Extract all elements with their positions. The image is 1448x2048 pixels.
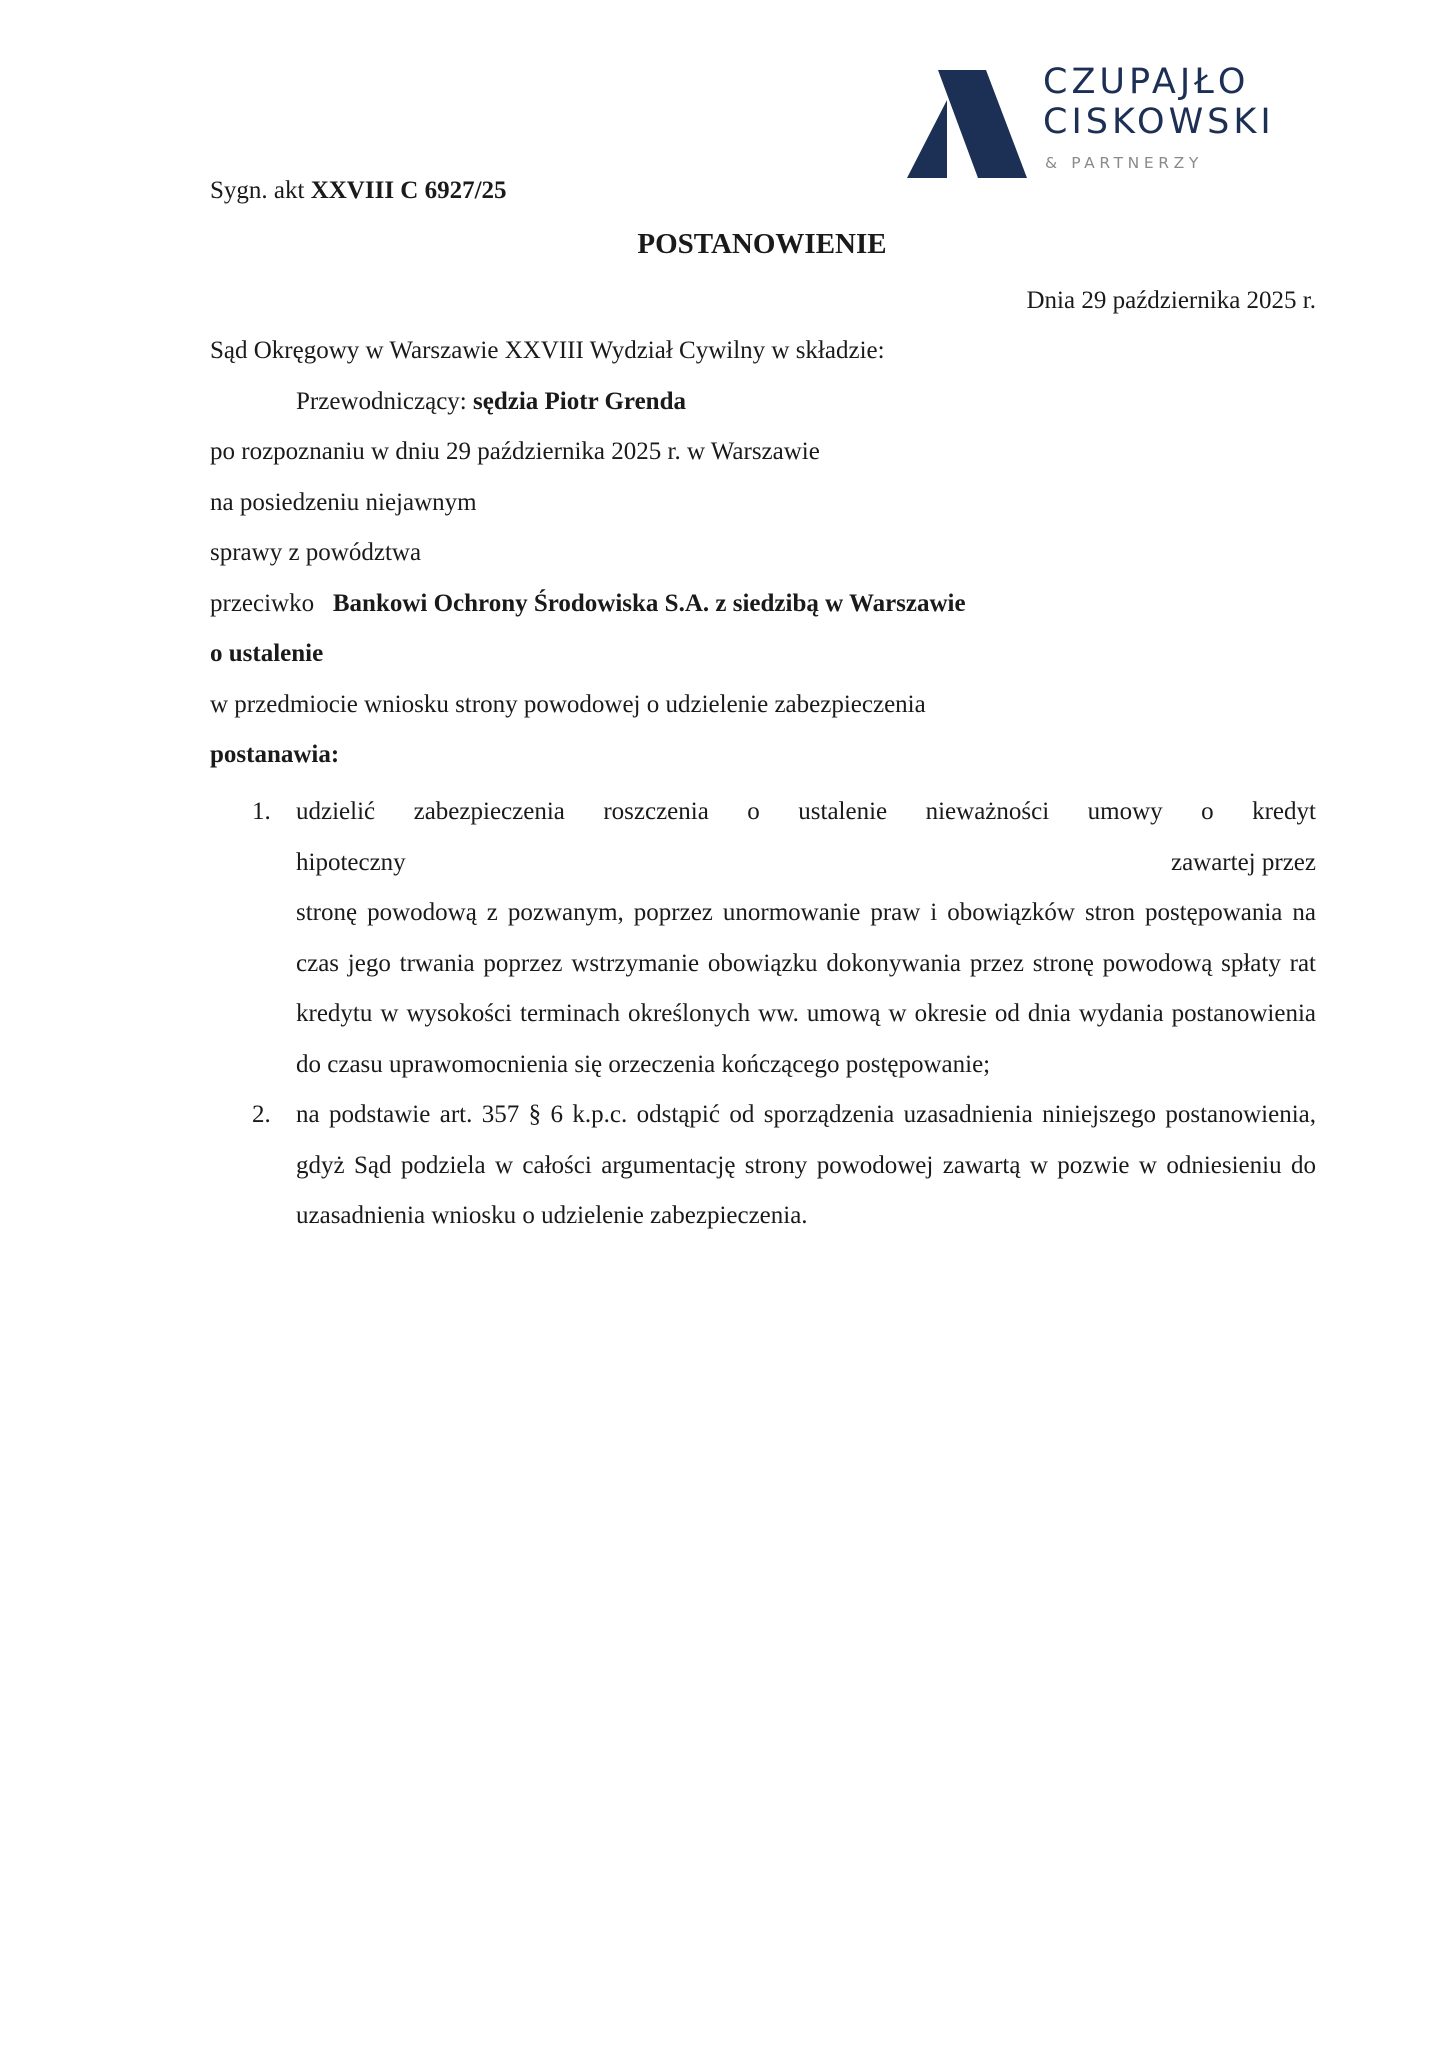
item-number: 1. xyxy=(252,787,271,838)
word: kredyt xyxy=(1252,787,1316,838)
item-second-left: hipoteczny xyxy=(296,838,406,889)
chair-label: Przewodniczący: xyxy=(296,388,467,415)
motion-subject: w przedmiocie wniosku strony powodowej o… xyxy=(210,690,926,720)
session-type: na posiedzeniu niejawnym xyxy=(210,488,477,518)
word: udzielić xyxy=(296,787,375,838)
item-number: 2. xyxy=(252,1090,271,1141)
word: o xyxy=(1201,787,1214,838)
logo-line-2: CISKOWSKI xyxy=(1043,102,1275,142)
item-first-line: udzielićzabezpieczeniaroszczeniaoustalen… xyxy=(296,787,1316,838)
word: nieważności xyxy=(926,787,1050,838)
word: umowy xyxy=(1088,787,1163,838)
decides-heading: postanawia: xyxy=(210,740,339,770)
item-text: stronę powodową z pozwanym, poprzez unor… xyxy=(296,888,1316,1090)
word: o xyxy=(747,787,760,838)
against-label: przeciwko xyxy=(210,590,314,617)
logo-subtitle: & PARTNERZY xyxy=(1045,154,1203,172)
decision-list: 1. udzielićzabezpieczeniaroszczeniaousta… xyxy=(252,787,1316,1242)
case-signature: Sygn. akt XXVIII C 6927/25 xyxy=(210,176,507,206)
decision-item: 2. na podstawie art. 357 § 6 k.p.c. odst… xyxy=(252,1090,1316,1242)
word: ustalenie xyxy=(798,787,887,838)
document-title: POSTANOWIENIE xyxy=(0,229,1448,259)
law-firm-logo: CZUPAJŁO CISKOWSKI & PARTNERZY xyxy=(905,68,1325,180)
word: zabezpieczenia xyxy=(414,787,565,838)
item-second-line: hipoteczny zawartej przez xyxy=(296,838,1316,889)
case-of-claim: sprawy z powództwa xyxy=(210,538,421,568)
decision-item: 1. udzielićzabezpieczeniaroszczeniaousta… xyxy=(252,787,1316,1090)
defendant-line: przeciwko Bankowi Ochrony Środowiska S.A… xyxy=(210,589,966,619)
chair-name: sędzia Piotr Grenda xyxy=(473,388,686,415)
logo-line-1: CZUPAJŁO xyxy=(1043,62,1275,102)
court-composition: Sąd Okręgowy w Warszawie XXVIII Wydział … xyxy=(210,336,885,366)
item-second-right: zawartej przez xyxy=(1171,838,1316,889)
logo-name: CZUPAJŁO CISKOWSKI xyxy=(1043,62,1275,142)
hearing-info: po rozpoznaniu w dniu 29 października 20… xyxy=(210,437,820,467)
case-label: Sygn. akt xyxy=(210,177,304,204)
document-date: Dnia 29 października 2025 r. xyxy=(1027,286,1317,316)
item-text: na podstawie art. 357 § 6 k.p.c. odstąpi… xyxy=(296,1090,1316,1242)
case-subject: o ustalenie xyxy=(210,639,323,669)
defendant-name: Bankowi Ochrony Środowiska S.A. z siedzi… xyxy=(333,590,966,617)
logo-mark-icon xyxy=(905,68,1030,178)
presiding-judge: Przewodniczący: sędzia Piotr Grenda xyxy=(296,387,686,417)
case-number: XXVIII C 6927/25 xyxy=(311,177,507,204)
word: roszczenia xyxy=(603,787,708,838)
